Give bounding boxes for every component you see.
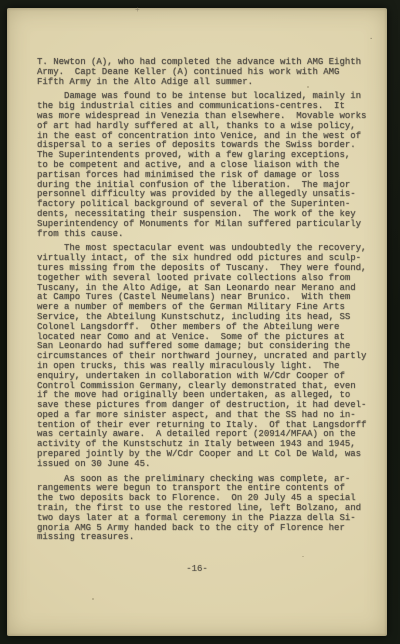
paragraph-return-to-florence: As soon as the preliminary checking was … (37, 475, 375, 544)
paragraph-damage-assessment: Damage was found to be intense but local… (37, 92, 375, 239)
document-page: + . T. Newton (A), who had completed the… (7, 8, 387, 636)
paragraph-continuation: T. Newton (A), who had completed the adv… (37, 58, 375, 87)
typewritten-text-block: T. Newton (A), who had completed the adv… (37, 58, 375, 548)
paper-speck (92, 598, 94, 600)
pencil-dot-icon: . (369, 34, 377, 42)
pencil-mark-icon: + (135, 6, 149, 16)
paragraph-recovery: The most spectacular event was undoubted… (37, 244, 375, 469)
paper-speck (302, 556, 304, 557)
scan-background: + . T. Newton (A), who had completed the… (0, 0, 400, 644)
page-number: -16- (7, 564, 387, 574)
